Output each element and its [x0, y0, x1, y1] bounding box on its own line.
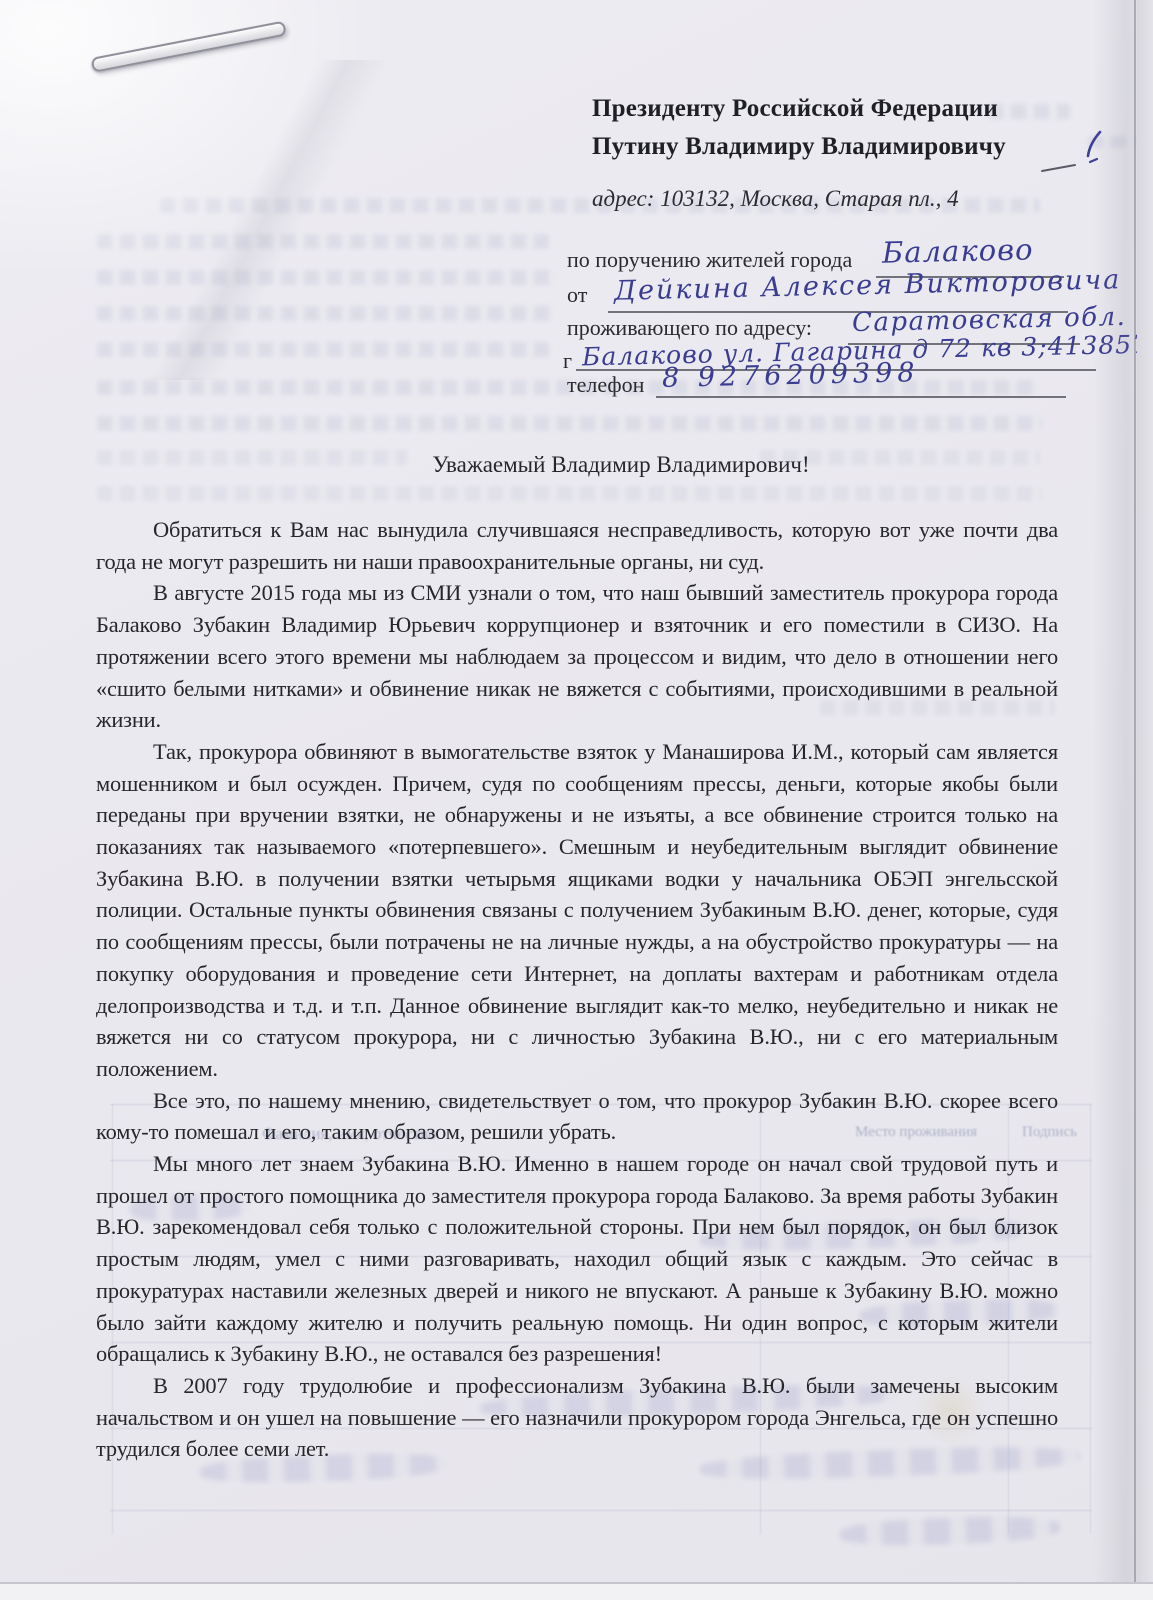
- bleedthrough-handwriting: [840, 1514, 1061, 1548]
- scan-background-right: [1137, 0, 1153, 1600]
- commission-label: по поручению жителей города: [567, 247, 852, 273]
- city-label: г: [563, 348, 572, 374]
- paper-crease: [60, 60, 480, 380]
- salutation: Уважаемый Владимир Владимирович!: [96, 452, 1058, 478]
- letter-paragraph: В августе 2015 года мы из СМИ узнали о т…: [96, 577, 1058, 736]
- recipient-line-2: Путину Владимиру Владимировичу: [592, 128, 1006, 166]
- bleedthrough-line: [97, 416, 1042, 431]
- letter-paragraph: Обратиться к Вам нас вынудила случившаяс…: [96, 514, 1058, 577]
- from-label: от: [567, 282, 587, 308]
- letter-paragraph: Так, прокурора обвиняют в вымогательстве…: [96, 736, 1058, 1085]
- letter-paragraph: Мы много лет знаем Зубакина В.Ю. Именно …: [96, 1148, 1058, 1370]
- scanned-letter-page: Фамилия, имя, отчество Место проживания …: [0, 0, 1153, 1600]
- phone-handwriting: 8 9276209398: [662, 357, 920, 394]
- paper-right-edge: [1134, 0, 1136, 1586]
- letter-paragraph: Все это, по нашему мнению, свидетельству…: [96, 1085, 1058, 1148]
- letter-body: Обратиться к Вам нас вынудила случившаяс…: [96, 514, 1058, 1465]
- bleedthrough-rule: [1090, 1104, 1091, 1534]
- recipient-block: Президенту Российской Федерации Путину В…: [592, 90, 1006, 166]
- bleedthrough-rule: [110, 1510, 1092, 1511]
- form-rule: [656, 396, 1066, 398]
- phone-label: телефон: [567, 372, 644, 398]
- recipient-address: адрес: 103132, Москва, Старая пл., 4: [592, 186, 959, 212]
- recipient-line-1: Президенту Российской Федерации: [592, 90, 1006, 128]
- commission-handwriting: Балаково: [882, 232, 1034, 269]
- bleedthrough-line: [97, 486, 1042, 501]
- scan-background-bottom: [0, 1584, 1153, 1600]
- letter-paragraph: В 2007 году трудолюбие и профессионализм…: [96, 1370, 1058, 1465]
